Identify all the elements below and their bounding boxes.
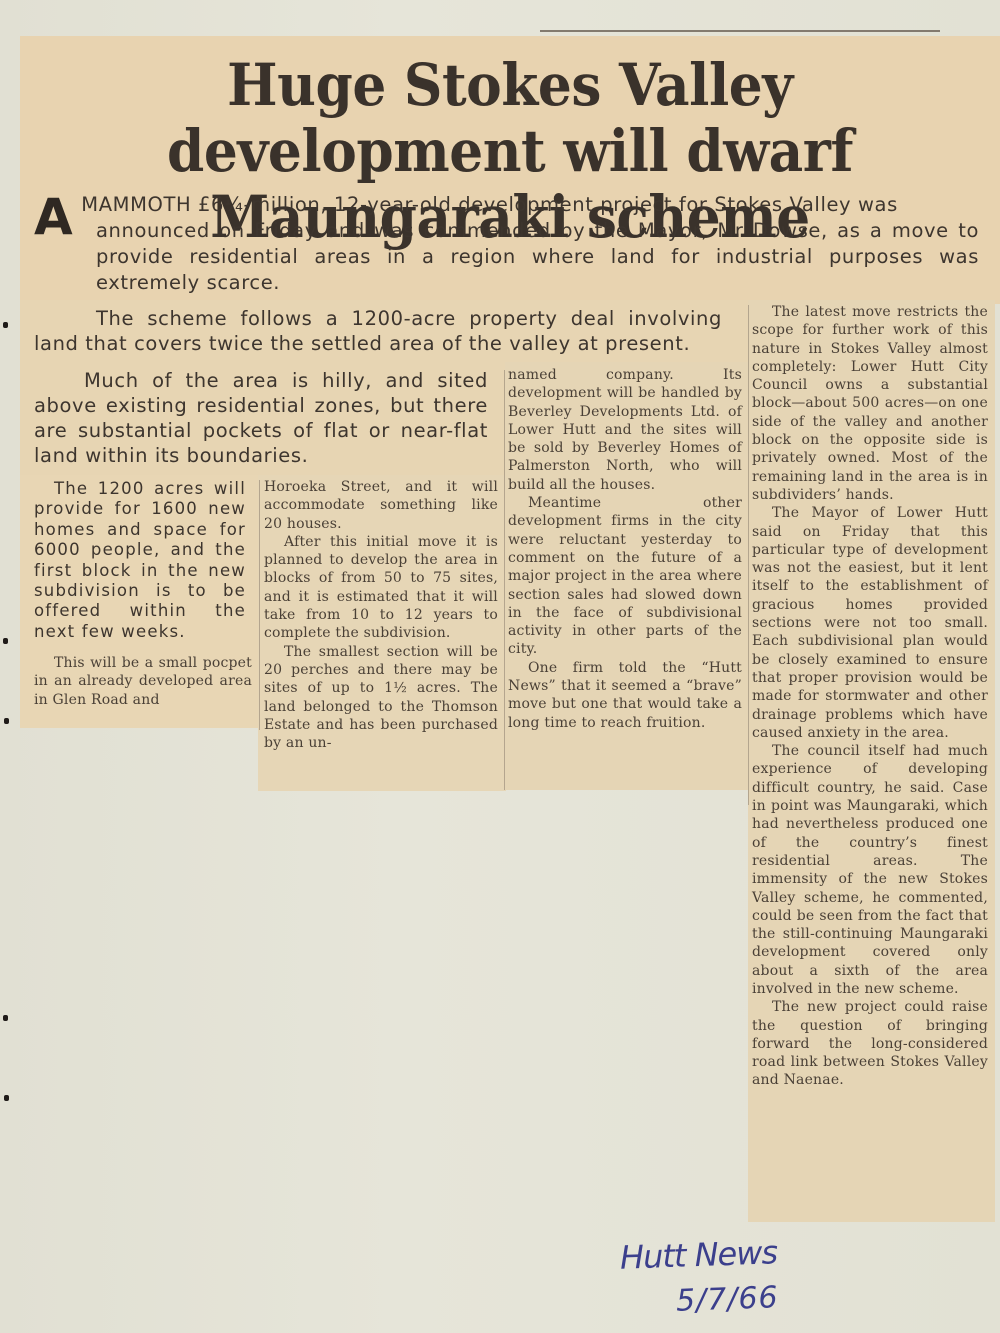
- column-1-body: This will be a small pocpet in an alread…: [34, 654, 252, 709]
- handwritten-date: 5/7/66: [675, 1280, 779, 1319]
- column-1-paragraph: This will be a small pocpet in an alread…: [34, 654, 252, 709]
- binding-mark: [3, 1015, 8, 1021]
- masthead-rule: [540, 30, 940, 32]
- column-rule: [504, 370, 505, 790]
- drop-cap: A: [34, 194, 73, 240]
- column-3-paragraph: One firm told the “Hutt News” that it se…: [508, 659, 742, 732]
- column-2-paragraph: The smallest section will be 20 perches …: [264, 643, 498, 753]
- column-4: The latest move restricts the scope for …: [752, 303, 988, 1090]
- column-4-paragraph: The council itself had much experience o…: [752, 742, 988, 998]
- column-rule: [748, 305, 749, 805]
- column-4-paragraph: The new project could raise the question…: [752, 998, 988, 1089]
- paragraph-2: The scheme follows a 1200-acre property …: [34, 306, 722, 356]
- intro-rest: announced on Friday and was commended by…: [34, 218, 979, 296]
- paragraph-4: The 1200 acres will provide for 1600 new…: [34, 479, 246, 642]
- column-3-paragraph: Meantime other development firms in the …: [508, 494, 742, 659]
- binding-mark: [3, 638, 8, 644]
- binding-mark: [4, 1095, 9, 1101]
- handwritten-source: Hutt News: [619, 1233, 777, 1276]
- column-2: Horoeka Street, and it will accommodate …: [264, 478, 498, 752]
- binding-mark: [3, 322, 8, 328]
- intro-paragraph: A MAMMOTH £6¼-million, 12-year-old devel…: [34, 192, 979, 296]
- column-4-paragraph: The Mayor of Lower Hutt said on Friday t…: [752, 504, 988, 742]
- column-rule: [259, 480, 260, 730]
- column-3-paragraph: named company. Its development will be h…: [508, 366, 742, 494]
- column-2-paragraph: After this initial move it is planned to…: [264, 533, 498, 643]
- binding-mark: [4, 718, 9, 724]
- intro-first-line: MAMMOTH £6¼-million, 12-year-old develop…: [81, 193, 898, 216]
- column-2-paragraph: Horoeka Street, and it will accommodate …: [264, 478, 498, 533]
- column-4-paragraph: The latest move restricts the scope for …: [752, 303, 988, 504]
- paragraph-3: Much of the area is hilly, and sited abo…: [34, 368, 488, 468]
- column-3: named company. Its development will be h…: [508, 366, 742, 732]
